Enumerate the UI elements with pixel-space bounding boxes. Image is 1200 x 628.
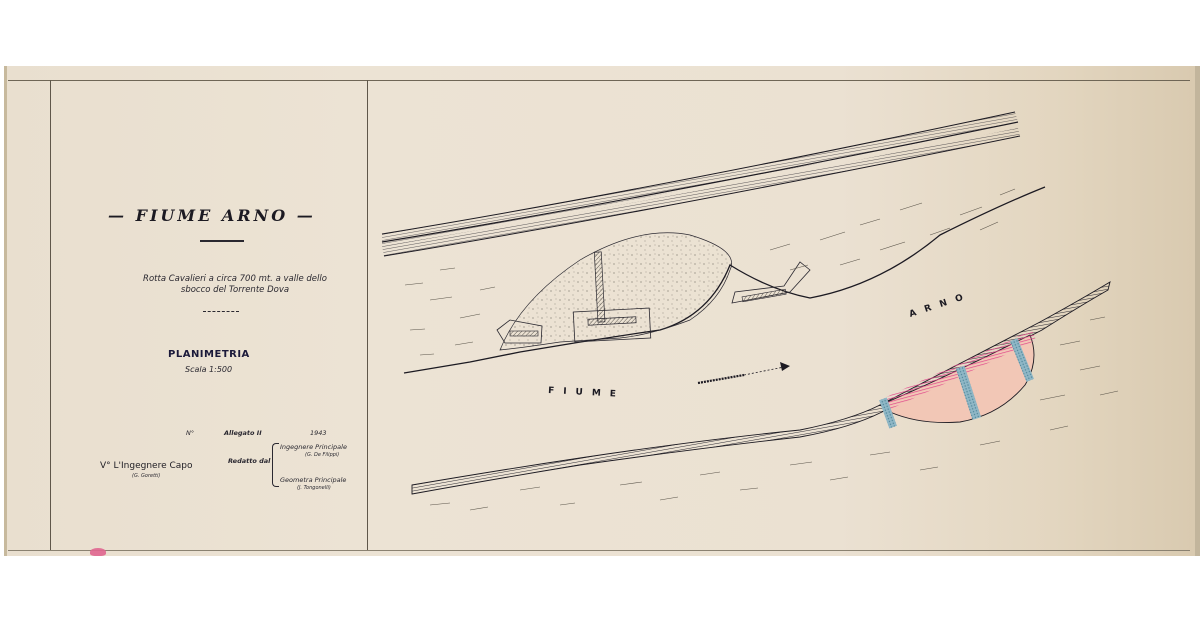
- map-drawing: [0, 0, 1200, 628]
- railway-embankment: [382, 112, 1020, 256]
- levee-breach: [879, 330, 1036, 428]
- groyne-right: [732, 262, 810, 303]
- flow-arrow-icon: [698, 362, 790, 383]
